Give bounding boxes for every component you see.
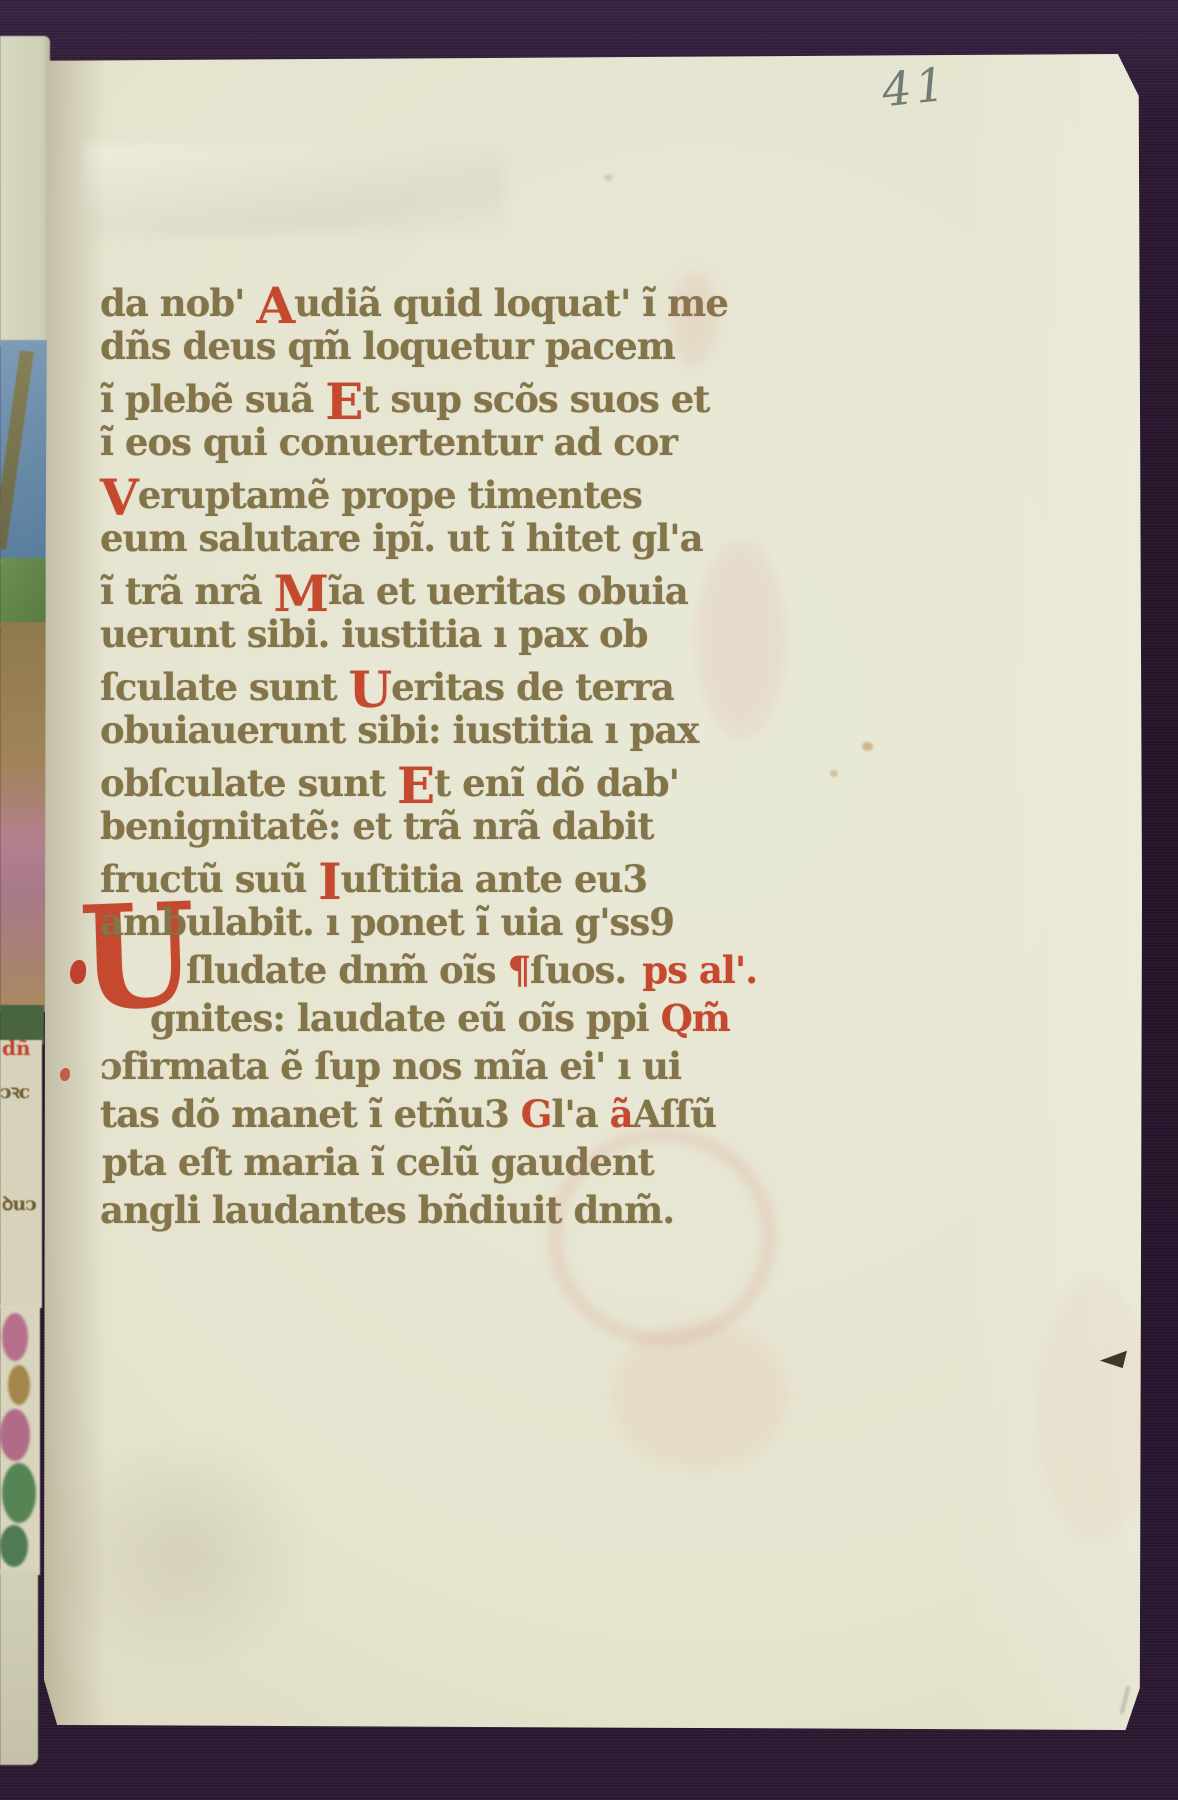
- foxing-spot: [604, 174, 613, 181]
- body-text: eruptamẽ prope timentes: [138, 473, 642, 517]
- body-text: t sup scõs suos et: [362, 377, 709, 421]
- body-text: tas dõ manet ĩ etñu3: [100, 1092, 521, 1136]
- red-text: G: [521, 1092, 552, 1136]
- manuscript-text-line: gnites: laudate eũ oĩs ppi Qm̃: [100, 996, 800, 1044]
- body-text: dñs deus qm̃ loquetur pacem: [100, 324, 675, 368]
- floral-pink-blob: [2, 1313, 28, 1361]
- manuscript-text-line: ambulabit. ı ponet ĩ uia g'ss9: [100, 900, 800, 948]
- body-text: ɔfirmata ẽ ſup nos mĩa ei' ı ui: [100, 1044, 681, 1088]
- facing-page-script-fragment: ↄꝛc: [0, 1078, 29, 1104]
- body-text: ĩ eos qui conuertentur ad cor: [100, 420, 677, 464]
- body-text: ſuos.: [530, 948, 626, 992]
- body-text: l'a: [551, 1092, 609, 1136]
- pencil-folio-number: 41: [879, 57, 951, 118]
- facing-page-edge-parchment: [0, 36, 50, 346]
- body-text: ſludate dnm̃ oĩs: [186, 948, 507, 992]
- facing-page-miniature-figure: [0, 622, 46, 1012]
- manuscript-text-line: uerunt sibi. iustitia ı pax ob: [100, 612, 800, 660]
- ink-showthrough-ghost: [696, 540, 786, 740]
- body-text: ambulabit. ı ponet ĩ uia g'ss9: [100, 900, 674, 944]
- ink-showthrough-ghost: [610, 1320, 790, 1470]
- facing-page-script-fragment: ꝺuↄ: [2, 1190, 36, 1216]
- manuscript-text-line: obſculate sunt Et enĩ dõ dab': [100, 756, 800, 804]
- body-text: uerunt sibi. iustitia ı pax ob: [100, 612, 648, 656]
- red-text: ¶: [507, 948, 530, 992]
- red-text: Qm̃: [661, 996, 730, 1040]
- foxing-spot: [862, 742, 873, 751]
- manuscript-text-line: ſludate dnm̃ oĩs ¶ſuos.ps al'.: [100, 948, 800, 996]
- body-text: eum salutare ipĩ. ut ĩ hitet gl'a: [100, 516, 703, 560]
- text-block: da nob' Audiã quid loquat' ĩ medñs deus …: [100, 276, 800, 1236]
- floral-green-blob: [2, 1463, 36, 1523]
- manuscript-text-line: fructũ suũ Iuſtitia ante eu3: [100, 852, 800, 900]
- facing-page-red-text-fragment: dñ: [2, 1036, 31, 1060]
- foxing-spot: [830, 770, 838, 777]
- parchment-crease: [84, 144, 504, 234]
- body-text: da nob': [100, 281, 256, 325]
- facing-page-miniature-green: [0, 558, 46, 628]
- manuscript-text-line: ĩ eos qui conuertentur ad cor: [100, 420, 800, 468]
- facing-page-text-edge: dñ ↄꝛc ꝺuↄ: [0, 1040, 42, 1308]
- manuscript-text-line: benignitatẽ: et trã nrã dabit: [100, 804, 800, 852]
- manuscript-text-line: ſculate sunt Ueritas de terra: [100, 660, 800, 708]
- body-text: fructũ suũ: [100, 857, 318, 901]
- ink-showthrough-ghost: [1040, 1280, 1150, 1540]
- initial-showthrough-ghost: [548, 1128, 776, 1346]
- body-text: ĩ plebẽ suã: [100, 377, 325, 421]
- floral-gold-blob: [8, 1365, 30, 1405]
- manuscript-text-line: obuiauerunt sibi: iustitia ı pax: [100, 708, 800, 756]
- body-text: udiã quid loquat' ĩ me: [294, 281, 728, 325]
- body-text: ĩ trã nrã: [100, 569, 274, 613]
- manuscript-text-line: ĩ trã nrã Mĩa et ueritas obuia: [100, 564, 800, 612]
- facing-page-edge-tail: [0, 1570, 38, 1765]
- facing-page-miniature-sky: [0, 340, 48, 564]
- rubric-text: ps al'.: [642, 948, 757, 992]
- parchment-crease: [54, 1434, 314, 1674]
- body-text: uſtitia ante eu3: [341, 857, 648, 901]
- body-text: benignitatẽ: et trã nrã dabit: [100, 804, 654, 848]
- body-text: t enĩ dõ dab': [434, 761, 679, 805]
- ink-showthrough-ghost: [672, 272, 717, 367]
- body-text: obuiauerunt sibi: iustitia ı pax: [100, 708, 698, 752]
- red-text: ã: [610, 1092, 633, 1136]
- manuscript-text-line: eum salutare ipĩ. ut ĩ hitet gl'a: [100, 516, 800, 564]
- body-text: ĩa et ueritas obuia: [328, 569, 688, 613]
- photograph-of-manuscript: dñ ↄꝛc ꝺuↄ 41 U da nob' Audiã quid loqua…: [0, 0, 1178, 1800]
- facing-page-floral-border-edge: [0, 1305, 40, 1575]
- manuscript-page: 41 U da nob' Audiã quid loquat' ĩ medñs …: [44, 54, 1142, 1730]
- body-text: ſculate sunt: [100, 665, 349, 709]
- body-text: obſculate sunt: [100, 761, 397, 805]
- manuscript-text-line: ĩ plebẽ suã Et sup scõs suos et: [100, 372, 800, 420]
- body-text: gnites: laudate eũ oĩs ppi: [150, 996, 661, 1040]
- floral-green-blob: [0, 1525, 28, 1567]
- manuscript-text-line: ɔfirmata ẽ ſup nos mĩa ei' ı ui: [100, 1044, 800, 1092]
- manuscript-text-line: Veruptamẽ prope timentes: [100, 468, 800, 516]
- body-text: eritas de terra: [391, 665, 674, 709]
- floral-pink-blob: [0, 1409, 30, 1461]
